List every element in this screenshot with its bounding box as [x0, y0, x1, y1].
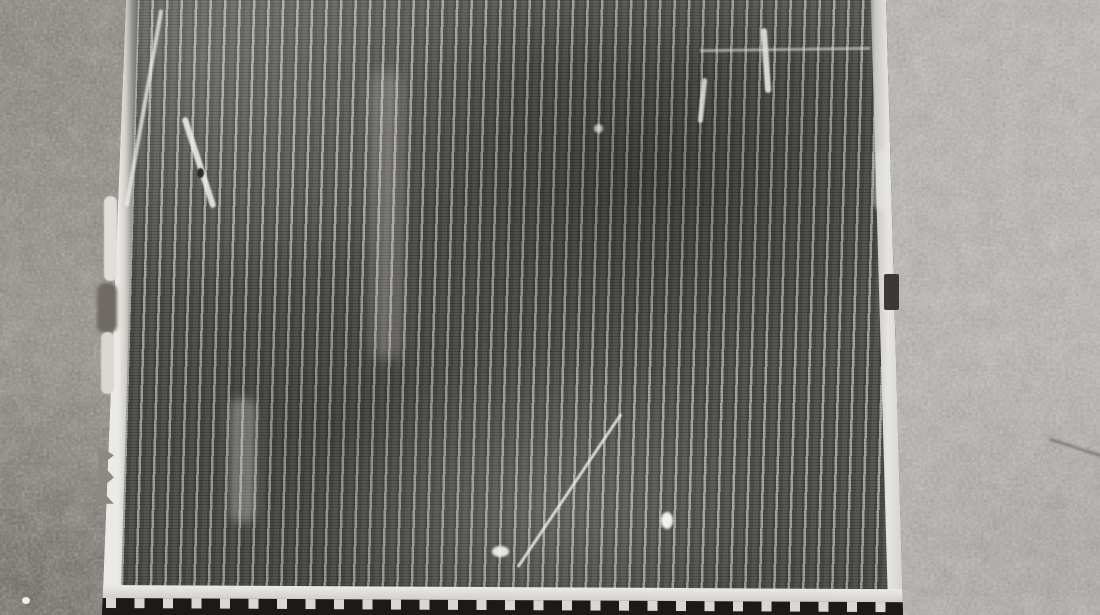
radiator — [100, 0, 905, 615]
wall-crack — [1049, 438, 1100, 458]
left-rail-bump — [104, 196, 117, 281]
photo-scene — [0, 0, 1100, 615]
radiator-core — [92, 0, 908, 589]
pebble — [22, 597, 30, 604]
